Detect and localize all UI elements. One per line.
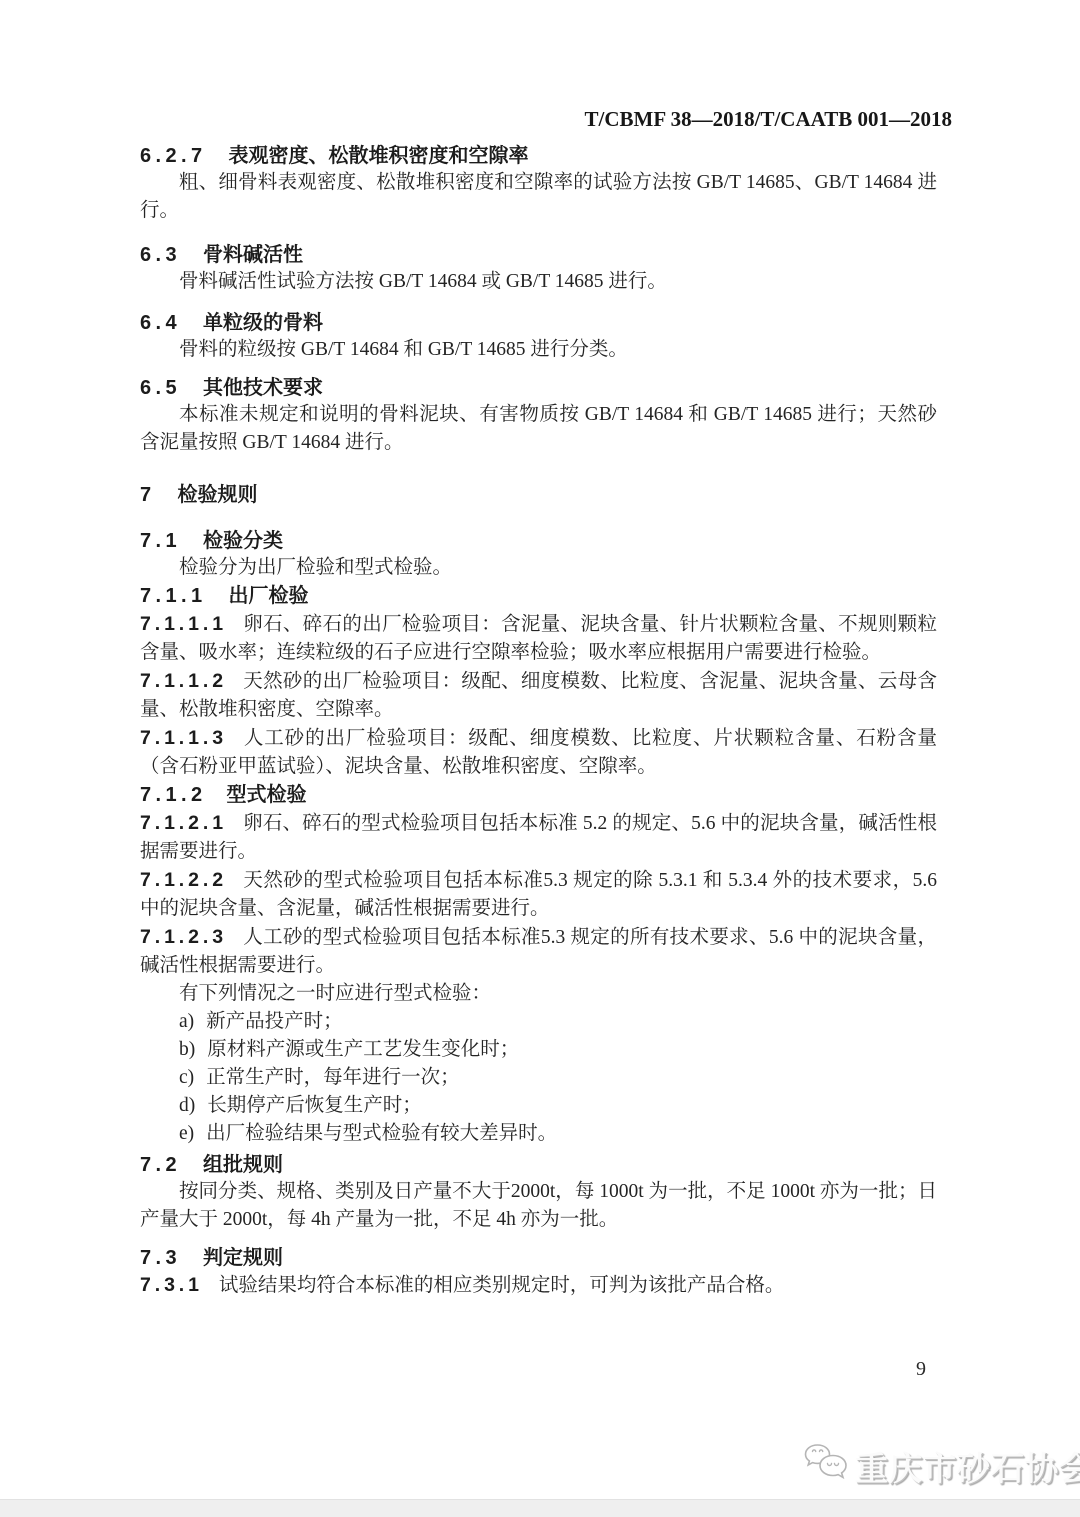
section-title: 判定规则: [203, 1247, 283, 1269]
list-text: 长期停产后恢复生产时；: [207, 1095, 422, 1116]
section-title: 表观密度、松散堆积密度和空隙率: [228, 145, 528, 167]
list-item: e)出厂检验结果与型式检验有较大差异时。: [140, 1120, 937, 1148]
wechat-speech-bubbles-icon: [803, 1442, 849, 1491]
clause-7-1-1-3: 7.1.1.3人工砂的出厂检验项目：级配、细度模数、比粒度、片状颗粒含量、石粉含…: [140, 724, 937, 781]
list-text: 出厂检验结果与型式检验有较大差异时。: [206, 1123, 557, 1144]
clause-text: 卵石、碎石的出厂检验项目：含泥量、泥块含量、针片状颗粒含量、不规则颗粒含量、吸水…: [140, 614, 937, 663]
section-number: 7.1.1: [140, 585, 206, 607]
section-title: 组批规则: [203, 1154, 283, 1176]
clause-text: 人工砂的出厂检验项目：级配、细度模数、比粒度、片状颗粒含量、石粉含量（含石粉亚甲…: [140, 728, 937, 777]
list-label: b): [179, 1039, 195, 1060]
section-heading-7-2: 7.2组批规则: [140, 1153, 937, 1178]
section-heading-7-1-2: 7.1.2型式检验: [140, 781, 937, 809]
list-item: a)新产品投产时；: [140, 1008, 937, 1036]
section-number: 7.1.2: [140, 784, 206, 806]
list-label: c): [179, 1067, 194, 1088]
paragraph-6-2-7: 粗、细骨料表观密度、松散堆积密度和空隙率的试验方法按 GB/T 14685、GB…: [140, 169, 937, 225]
section-number: 6.2.7: [140, 145, 206, 167]
paragraph-6-5: 本标准未规定和说明的骨料泥块、有害物质按 GB/T 14684 和 GB/T 1…: [140, 401, 937, 457]
clause-number: 7.3.1: [140, 1274, 203, 1296]
list-label: d): [179, 1095, 195, 1116]
section-number: 7.2: [140, 1154, 181, 1176]
section-title: 骨料碱活性: [203, 244, 303, 266]
clause-7-1-2-2: 7.1.2.2天然砂的型式检验项目包括本标准5.3 规定的除 5.3.1 和 5…: [140, 866, 937, 923]
section-title: 型式检验: [226, 784, 306, 806]
document-page: { "doc": { "header": "T/CBMF 38—2018/T/C…: [0, 0, 1080, 1517]
section-heading-7-1: 7.1检验分类: [140, 529, 937, 554]
watermark: 重庆市砂石协会: [803, 1440, 1065, 1492]
section-number: 6.5: [140, 377, 181, 399]
clause-text: 天然砂的型式检验项目包括本标准5.3 规定的除 5.3.1 和 5.3.4 外的…: [140, 870, 937, 919]
section-title: 检验规则: [178, 484, 258, 506]
clause-number: 7.1.1.1: [140, 613, 227, 635]
clause-text: 天然砂的出厂检验项目：级配、细度模数、比粒度、含泥量、泥块含量、云母含量、松散堆…: [140, 671, 937, 720]
section-heading-7-3: 7.3判定规则: [140, 1246, 937, 1271]
section-title: 单粒级的骨料: [203, 312, 323, 334]
section-heading-7-1-1: 7.1.1出厂检验: [140, 582, 937, 610]
clause-number: 7.1.2.3: [140, 926, 227, 948]
section-heading-7: 7检验规则: [140, 483, 937, 508]
paragraph-6-3: 骨料碱活性试验方法按 GB/T 14684 或 GB/T 14685 进行。: [140, 268, 937, 296]
section-heading-6-4: 6.4单粒级的骨料: [140, 311, 937, 336]
clause-7-1-1-1: 7.1.1.1卵石、碎石的出厂检验项目：含泥量、泥块含量、针片状颗粒含量、不规则…: [140, 610, 937, 667]
clause-7-1-2-1: 7.1.2.1卵石、碎石的型式检验项目包括本标准 5.2 的规定、5.6 中的泥…: [140, 809, 937, 866]
section-title: 出厂检验: [228, 585, 308, 607]
clause-7-3-1: 7.3.1试验结果均符合本标准的相应类别规定时，可判为该批产品合格。: [140, 1271, 937, 1300]
clause-text: 试验结果均符合本标准的相应类别规定时，可判为该批产品合格。: [219, 1275, 785, 1296]
section-number: 6.4: [140, 312, 181, 334]
section-title: 其他技术要求: [203, 377, 323, 399]
clause-number: 7.1.1.2: [140, 670, 227, 692]
section-title: 检验分类: [203, 530, 283, 552]
list-item: b)原材料产源或生产工艺发生变化时；: [140, 1036, 937, 1064]
watermark-text: 重庆市砂石协会: [855, 1443, 1080, 1490]
clause-7-1-2-3: 7.1.2.3人工砂的型式检验项目包括本标准5.3 规定的所有技术要求、5.6 …: [140, 923, 937, 980]
section-number: 6.3: [140, 244, 181, 266]
section-heading-6-2-7: 6.2.7表观密度、松散堆积密度和空隙率: [140, 144, 937, 169]
section-number: 7.3: [140, 1247, 181, 1269]
list-item: c)正常生产时，每年进行一次；: [140, 1064, 937, 1092]
list-item: d)长期停产后恢复生产时；: [140, 1092, 937, 1120]
clause-number: 7.1.2.2: [140, 869, 227, 891]
section-heading-6-3: 6.3骨料碱活性: [140, 243, 937, 268]
paragraph-7-2: 按同分类、规格、类别及日产量不大于2000t，每 1000t 为一批，不足 10…: [140, 1178, 937, 1234]
page-body: 6.2.7表观密度、松散堆积密度和空隙率 粗、细骨料表观密度、松散堆积密度和空隙…: [0, 144, 1080, 1300]
clause-number: 7.1.2.1: [140, 812, 227, 834]
paragraph-7-1: 检验分为出厂检验和型式检验。: [140, 554, 937, 582]
section-heading-6-5: 6.5其他技术要求: [140, 376, 937, 401]
bottom-bar: [0, 1499, 1080, 1517]
list-label: a): [179, 1011, 194, 1032]
clause-7-1-1-2: 7.1.1.2天然砂的出厂检验项目：级配、细度模数、比粒度、含泥量、泥块含量、云…: [140, 667, 937, 724]
list-label: e): [179, 1123, 194, 1144]
page-number: 9: [916, 1358, 926, 1381]
type-test-intro: 有下列情况之一时应进行型式检验：: [140, 980, 937, 1008]
list-text: 正常生产时，每年进行一次；: [206, 1067, 460, 1088]
clause-text: 人工砂的型式检验项目包括本标准5.3 规定的所有技术要求、5.6 中的泥块含量，…: [140, 927, 937, 976]
list-text: 原材料产源或生产工艺发生变化时；: [207, 1039, 519, 1060]
list-text: 新产品投产时；: [206, 1011, 343, 1032]
paragraph-6-4: 骨料的粒级按 GB/T 14684 和 GB/T 14685 进行分类。: [140, 336, 937, 364]
section-number: 7: [140, 484, 156, 506]
section-number: 7.1: [140, 530, 181, 552]
clause-text: 卵石、碎石的型式检验项目包括本标准 5.2 的规定、5.6 中的泥块含量，碱活性…: [140, 813, 937, 862]
clause-number: 7.1.1.3: [140, 727, 227, 749]
standard-code-header: T/CBMF 38—2018/T/CAATB 001—2018: [0, 107, 1080, 132]
